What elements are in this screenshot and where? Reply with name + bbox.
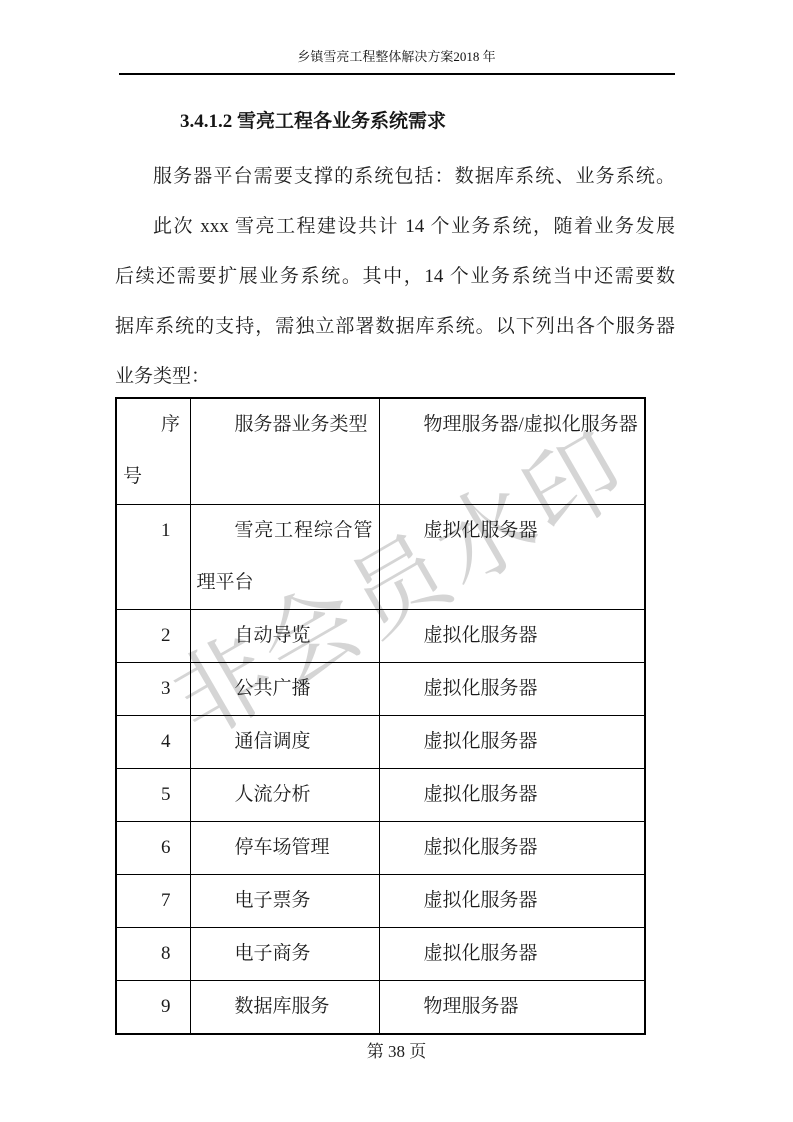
- paragraph-2-line-4: 业务类型：: [115, 352, 675, 402]
- table-row: 2 自动导览 虚拟化服务器: [116, 609, 645, 662]
- column-header-no: 序号: [116, 398, 190, 504]
- cell-server: 虚拟化服务器: [379, 504, 645, 609]
- cell-no: 1: [116, 504, 190, 609]
- table-row: 1 雪亮工程综合管理平台 虚拟化服务器: [116, 504, 645, 609]
- page-header-title: 乡镇雪亮工程整体解决方案2018 年: [0, 0, 793, 67]
- cell-server: 虚拟化服务器: [379, 927, 645, 980]
- cell-type: 数据库服务: [190, 980, 379, 1034]
- cell-type: 公共广播: [190, 662, 379, 715]
- document-page: 乡镇雪亮工程整体解决方案2018 年 3.4.1.2 雪亮工程各业务系统需求 服…: [0, 0, 793, 1035]
- table-row: 5 人流分析 虚拟化服务器: [116, 768, 645, 821]
- table-header-row: 序号 服务器业务类型 物理服务器/虚拟化服务器: [116, 398, 645, 504]
- document-body: 3.4.1.2 雪亮工程各业务系统需求 服务器平台需要支撑的系统包括：数据库系统…: [115, 109, 675, 1035]
- cell-no: 4: [116, 715, 190, 768]
- cell-no: 7: [116, 874, 190, 927]
- cell-server: 虚拟化服务器: [379, 715, 645, 768]
- section-heading: 3.4.1.2 雪亮工程各业务系统需求: [115, 109, 675, 135]
- cell-type: 电子商务: [190, 927, 379, 980]
- cell-no: 5: [116, 768, 190, 821]
- paragraph-1: 服务器平台需要支撑的系统包括：数据库系统、业务系统。: [115, 152, 675, 202]
- cell-server: 物理服务器: [379, 980, 645, 1034]
- column-header-server: 物理服务器/虚拟化服务器: [379, 398, 645, 504]
- cell-no: 9: [116, 980, 190, 1034]
- cell-type: 雪亮工程综合管理平台: [190, 504, 379, 609]
- paragraph-2: 此次 xxx 雪亮工程建设共计 14 个业务系统，随着业务发展 后续还需要扩展业…: [115, 202, 675, 402]
- table-row: 7 电子票务 虚拟化服务器: [116, 874, 645, 927]
- table-row: 3 公共广播 虚拟化服务器: [116, 662, 645, 715]
- cell-no: 8: [116, 927, 190, 980]
- cell-server: 虚拟化服务器: [379, 874, 645, 927]
- footer-page-number: 第 38 页: [0, 1040, 793, 1064]
- table-row: 9 数据库服务 物理服务器: [116, 980, 645, 1034]
- cell-server: 虚拟化服务器: [379, 821, 645, 874]
- cell-no: 6: [116, 821, 190, 874]
- cell-no: 2: [116, 609, 190, 662]
- cell-type: 停车场管理: [190, 821, 379, 874]
- cell-type: 电子票务: [190, 874, 379, 927]
- paragraph-2-line-3: 据库系统的支持，需独立部署数据库系统。以下列出各个服务器: [115, 302, 675, 352]
- header-divider-line: [119, 73, 675, 75]
- cell-no: 3: [116, 662, 190, 715]
- cell-type: 人流分析: [190, 768, 379, 821]
- cell-server: 虚拟化服务器: [379, 768, 645, 821]
- cell-server: 虚拟化服务器: [379, 609, 645, 662]
- table-row: 8 电子商务 虚拟化服务器: [116, 927, 645, 980]
- cell-server: 虚拟化服务器: [379, 662, 645, 715]
- server-business-table: 序号 服务器业务类型 物理服务器/虚拟化服务器 1 雪亮工程综合管理平台 虚拟化…: [115, 397, 646, 1035]
- paragraph-2-line-1: 此次 xxx 雪亮工程建设共计 14 个业务系统，随着业务发展: [115, 202, 675, 252]
- cell-type: 通信调度: [190, 715, 379, 768]
- table-row: 6 停车场管理 虚拟化服务器: [116, 821, 645, 874]
- table-row: 4 通信调度 虚拟化服务器: [116, 715, 645, 768]
- cell-type: 自动导览: [190, 609, 379, 662]
- column-header-type: 服务器业务类型: [190, 398, 379, 504]
- paragraph-2-line-2: 后续还需要扩展业务系统。其中，14 个业务系统当中还需要数: [115, 252, 675, 302]
